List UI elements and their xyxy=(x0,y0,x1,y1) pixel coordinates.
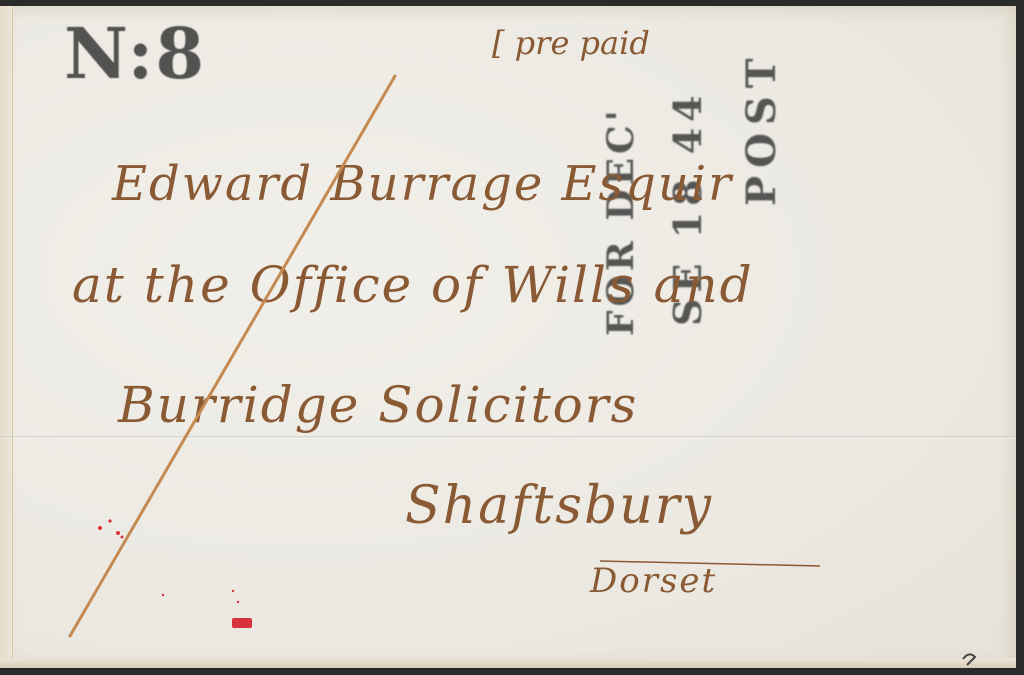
diagonal-ink-stroke xyxy=(70,76,395,636)
corner-ink-mark xyxy=(963,654,975,665)
letter-cover: N:8 FOR DEC' SE 18 44 POST [ pre paid Ed… xyxy=(0,6,1016,668)
underline-flourish xyxy=(600,561,820,566)
red-wax-marks xyxy=(98,519,252,628)
ink-marks xyxy=(0,6,1016,668)
